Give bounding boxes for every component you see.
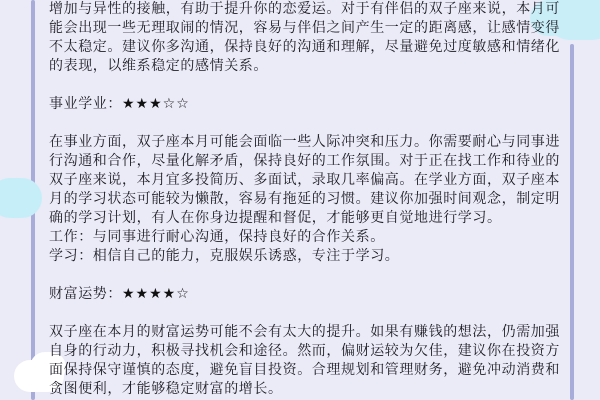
wealth-text-line: 贪图便利，才能够稳定财富的增长。 bbox=[49, 380, 569, 399]
love-section: 增加与异性的接触，有助于提升你的恋爱运。对于有伴侣的双子座来说，本月可 能会出现… bbox=[49, 0, 569, 76]
wealth-text-line: 自身的行动力，积极寻找机会和途径。然而，偏财运较为欠佳，建议你在投资方 bbox=[49, 342, 569, 361]
love-text-line: 不太稳定。建议你多沟通，保持良好的沟通和理解，尽量避免过度敏感和情绪化 bbox=[49, 38, 569, 57]
article-content: 增加与异性的接触，有助于提升你的恋爱运。对于有伴侣的双子座来说，本月可 能会出现… bbox=[49, 0, 569, 399]
career-study-tip: 学习：相信自己的能力，克服娱乐诱惑，专注于学习。 bbox=[49, 247, 569, 266]
career-text-line: 双子座来说，本月宜多投简历、多面试，录取几率偏高。在学业方面，双子座本 bbox=[49, 171, 569, 190]
wealth-text-line: 双子座在本月的财富运势可能不会有太大的提升。如果有赚钱的想法，仍需加强 bbox=[49, 323, 569, 342]
career-star-rating: ★★★☆☆ bbox=[122, 96, 190, 112]
career-heading-label: 事业学业： bbox=[49, 96, 122, 112]
career-heading: 事业学业：★★★☆☆ bbox=[49, 95, 569, 114]
wealth-heading: 财富运势：★★★★☆ bbox=[49, 285, 569, 304]
love-text-line: 的表现，以维系稳定的感情关系。 bbox=[49, 57, 569, 76]
career-text-line: 在事业方面，双子座本月可能会面临一些人际冲突和压力。你需要耐心与同事进 bbox=[49, 133, 569, 152]
wealth-section: 财富运势：★★★★☆ 双子座在本月的财富运势可能不会有太大的提升。如果有赚钱的想… bbox=[49, 285, 569, 399]
right-border-line bbox=[570, 44, 574, 400]
horoscope-page: 增加与异性的接触，有助于提升你的恋爱运。对于有伴侣的双子座来说，本月可 能会出现… bbox=[0, 0, 600, 400]
wealth-text-line: 面保持保守谨慎的态度，避免盲目投资。合理规划和管理财务，避免冲动消费和 bbox=[49, 361, 569, 380]
love-text-line: 增加与异性的接触，有助于提升你的恋爱运。对于有伴侣的双子座来说，本月可 bbox=[49, 0, 569, 19]
career-text-line: 月的学习状态可能较为懒散，容易有拖延的习惯。建议你加强时间观念，制定明 bbox=[49, 190, 569, 209]
love-text-line: 能会出现一些无理取闹的情况，容易与伴侣之间产生一定的距离感，让感情变得 bbox=[49, 19, 569, 38]
wealth-star-rating: ★★★★☆ bbox=[122, 286, 190, 302]
career-text-line: 行沟通和合作，尽量化解矛盾，保持良好的工作氛围。对于正在找工作和待业的 bbox=[49, 152, 569, 171]
career-section: 事业学业：★★★☆☆ 在事业方面，双子座本月可能会面临一些人际冲突和压力。你需要… bbox=[49, 95, 569, 266]
wealth-heading-label: 财富运势： bbox=[49, 286, 122, 302]
cloud-decoration-left bbox=[0, 178, 42, 218]
career-text-line: 确的学习计划，有人在你身边提醒和督促，才能够更自觉地进行学习。 bbox=[49, 209, 569, 228]
career-work-tip: 工作：与同事进行耐心沟通，保持良好的合作关系。 bbox=[49, 228, 569, 247]
